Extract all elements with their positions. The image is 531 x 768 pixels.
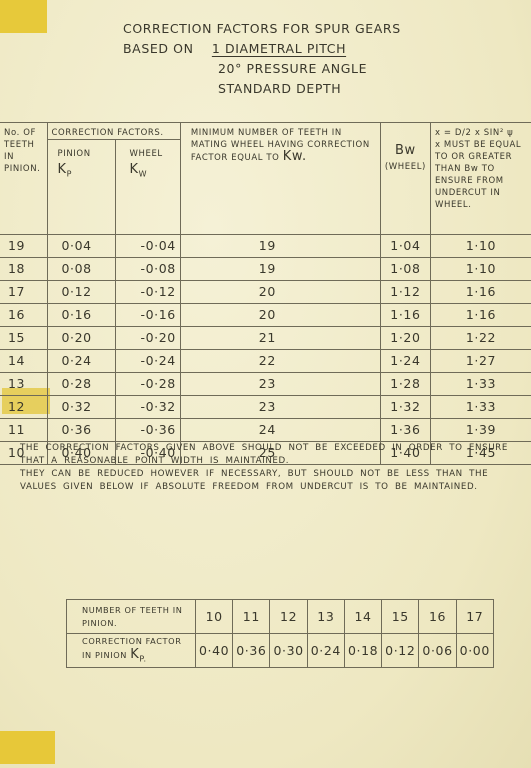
kp-symbol: KP xyxy=(58,164,111,181)
table-row: 140·24-0·24221·241·27 xyxy=(0,350,531,373)
cell-teeth: 16 xyxy=(419,600,456,634)
bw-symbol: Bw xyxy=(385,145,426,157)
cell-teeth: 17 xyxy=(0,281,47,304)
kp-symbol: KP. xyxy=(130,647,146,662)
cell-teeth: 13 xyxy=(307,600,344,634)
header-bw: Bw (WHEEL) xyxy=(380,123,430,235)
cell-kp: 0·24 xyxy=(47,350,115,373)
header-teeth: No. OF TEETH IN PINION. xyxy=(0,123,47,235)
cell-teeth: 16 xyxy=(0,304,47,327)
note-1: THE CORRECTION FACTORS GIVEN ABOVE SHOUL… xyxy=(20,442,525,468)
x-note: x MUST BE EQUAL TO OR GREATER THAN Bw TO… xyxy=(435,139,527,211)
cell-teeth: 17 xyxy=(456,600,493,634)
cell-kp: 0·30 xyxy=(270,634,307,668)
header-pinion: PINION KP xyxy=(47,140,115,235)
title-line-2: BASED ON 1 DIAMETRAL PITCH xyxy=(123,39,401,59)
correction-factors-table: No. OF TEETH IN PINION. CORRECTION FACTO… xyxy=(0,122,531,465)
cell-teeth: 12 xyxy=(0,396,47,419)
cell-teeth: 11 xyxy=(233,600,270,634)
document-title: CORRECTION FACTORS FOR SPUR GEARS BASED … xyxy=(123,19,401,99)
x-formula: x = D/2 x SIN² ψ xyxy=(435,127,527,139)
minimum-factor-table: NUMBER OF TEETH IN PINION. 1011121314151… xyxy=(66,599,494,668)
table-row: 110·36-0·36241·361·39 xyxy=(0,419,531,442)
cell-kp: 0·24 xyxy=(307,634,344,668)
cell-min-teeth: 23 xyxy=(180,373,380,396)
cell-teeth: 15 xyxy=(0,327,47,350)
cell-teeth: 14 xyxy=(344,600,381,634)
cell-min-teeth: 19 xyxy=(180,258,380,281)
cell-min-teeth: 20 xyxy=(180,304,380,327)
cell-kp: 0·18 xyxy=(344,634,381,668)
cell-teeth: 18 xyxy=(0,258,47,281)
cell-x: 1·16 xyxy=(430,281,531,304)
cell-kw: -0·28 xyxy=(115,373,180,396)
cell-bw: 1·32 xyxy=(380,396,430,419)
cell-x: 1·16 xyxy=(430,304,531,327)
cell-min-teeth: 21 xyxy=(180,327,380,350)
header-wheel: WHEEL KW xyxy=(115,140,180,235)
tape-mark-bottom xyxy=(0,731,55,764)
cell-kw: -0·32 xyxy=(115,396,180,419)
cell-teeth: 15 xyxy=(382,600,419,634)
cell-teeth: 12 xyxy=(270,600,307,634)
label-teeth: NUMBER OF TEETH IN PINION. xyxy=(67,600,196,634)
cell-teeth: 19 xyxy=(0,235,47,258)
table-row: 160·16-0·16201·161·16 xyxy=(0,304,531,327)
cell-x: 1·10 xyxy=(430,235,531,258)
table-row: 120·32-0·32231·321·33 xyxy=(0,396,531,419)
table-row: 180·08-0·08191·081·10 xyxy=(0,258,531,281)
cell-kp: 0·40 xyxy=(196,634,233,668)
kw-symbol: KW xyxy=(130,164,176,181)
bw-label: (WHEEL) xyxy=(385,161,426,173)
cell-kw: -0·20 xyxy=(115,327,180,350)
cell-x: 1·33 xyxy=(430,373,531,396)
cell-kw: -0·16 xyxy=(115,304,180,327)
cell-kw: -0·04 xyxy=(115,235,180,258)
cell-bw: 1·24 xyxy=(380,350,430,373)
cell-kp: 0·28 xyxy=(47,373,115,396)
cell-x: 1·33 xyxy=(430,396,531,419)
cell-bw: 1·20 xyxy=(380,327,430,350)
cell-kp: 0·04 xyxy=(47,235,115,258)
cell-min-teeth: 20 xyxy=(180,281,380,304)
cell-min-teeth: 22 xyxy=(180,350,380,373)
cell-kp: 0·00 xyxy=(456,634,493,668)
cell-x: 1·10 xyxy=(430,258,531,281)
cell-bw: 1·16 xyxy=(380,304,430,327)
cell-kp: 0·36 xyxy=(233,634,270,668)
notes: THE CORRECTION FACTORS GIVEN ABOVE SHOUL… xyxy=(20,442,525,494)
title-line-2-prefix: BASED ON xyxy=(123,41,194,56)
title-line-2-pitch: 1 DIAMETRAL PITCH xyxy=(212,41,346,56)
header-min-teeth: MINIMUM NUMBER OF TEETH IN MATING WHEEL … xyxy=(180,123,380,235)
table-row: 150·20-0·20211·201·22 xyxy=(0,327,531,350)
cell-kw: -0·24 xyxy=(115,350,180,373)
cell-kp: 0·12 xyxy=(47,281,115,304)
cell-bw: 1·28 xyxy=(380,373,430,396)
cell-bw: 1·36 xyxy=(380,419,430,442)
cell-kp: 0·20 xyxy=(47,327,115,350)
cell-kp: 0·06 xyxy=(419,634,456,668)
cell-kp: 0·16 xyxy=(47,304,115,327)
cell-x: 1·22 xyxy=(430,327,531,350)
cell-teeth: 13 xyxy=(0,373,47,396)
cell-min-teeth: 19 xyxy=(180,235,380,258)
cell-min-teeth: 24 xyxy=(180,419,380,442)
note-2: THEY CAN BE REDUCED HOWEVER IF NECESSARY… xyxy=(20,468,525,494)
cell-teeth: 11 xyxy=(0,419,47,442)
label-kp: CORRECTION FACTOR IN PINION KP. xyxy=(67,634,196,668)
cell-kw: -0·36 xyxy=(115,419,180,442)
title-line-3: 20° PRESSURE ANGLE xyxy=(123,59,401,79)
header-x: x = D/2 x SIN² ψ x MUST BE EQUAL TO OR G… xyxy=(430,123,531,235)
cell-kp: 0·32 xyxy=(47,396,115,419)
cell-teeth: 10 xyxy=(196,600,233,634)
header-correction-factors: CORRECTION FACTORS. xyxy=(47,123,180,140)
title-line-4: STANDARD DEPTH xyxy=(123,79,401,99)
cell-teeth: 14 xyxy=(0,350,47,373)
tape-mark-top xyxy=(0,0,47,33)
cell-kw: -0·08 xyxy=(115,258,180,281)
table-row: 130·28-0·28231·281·33 xyxy=(0,373,531,396)
cell-bw: 1·12 xyxy=(380,281,430,304)
cell-x: 1·27 xyxy=(430,350,531,373)
cell-bw: 1·08 xyxy=(380,258,430,281)
kw-symbol: Kw. xyxy=(283,149,307,164)
table-row: 190·04-0·04191·041·10 xyxy=(0,235,531,258)
cell-bw: 1·04 xyxy=(380,235,430,258)
cell-kp: 0·08 xyxy=(47,258,115,281)
cell-kp: 0·36 xyxy=(47,419,115,442)
table-row: 170·12-0·12201·121·16 xyxy=(0,281,531,304)
cell-x: 1·39 xyxy=(430,419,531,442)
cell-kw: -0·12 xyxy=(115,281,180,304)
cell-min-teeth: 23 xyxy=(180,396,380,419)
title-line-1: CORRECTION FACTORS FOR SPUR GEARS xyxy=(123,19,401,39)
cell-kp: 0·12 xyxy=(382,634,419,668)
